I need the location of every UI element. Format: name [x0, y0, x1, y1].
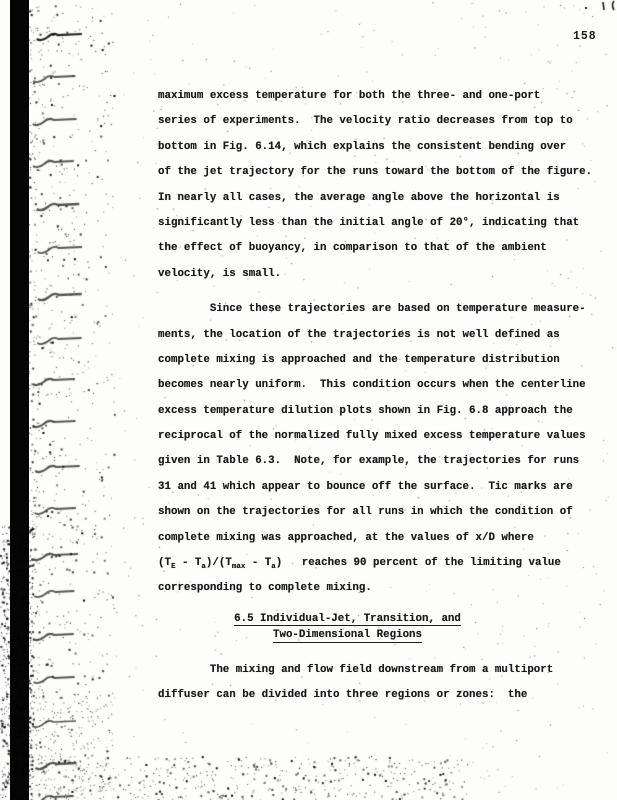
- text-line: of the jet trajectory for the runs towar…: [158, 160, 609, 185]
- text-line: becomes nearly uniform. This condition o…: [158, 373, 609, 398]
- text-line: significantly less than the initial angl…: [158, 211, 609, 236]
- binding-edge-bar: [10, 0, 29, 800]
- text-line: complete mixing is approached and the te…: [158, 348, 609, 373]
- text-line: In nearly all cases, the average angle a…: [158, 186, 609, 211]
- text-line: series of experiments. The velocity rati…: [158, 109, 609, 134]
- text-line: shown on the trajectories for all runs i…: [158, 500, 609, 525]
- section-heading: 6.5 Individual-Jet, Transition, and Two-…: [158, 611, 609, 644]
- paragraph-1: maximum excess temperature for both the …: [158, 84, 609, 287]
- section-heading-text-2: Two-Dimensional Regions: [273, 629, 422, 643]
- text-line: excess temperature dilution plots shown …: [158, 399, 609, 424]
- text-block: maximum excess temperature for both the …: [158, 84, 609, 709]
- page-number: 158: [573, 30, 597, 43]
- section-heading-line-1: 6.5 Individual-Jet, Transition, and: [158, 611, 537, 628]
- text-line: diffuser can be divided into three regio…: [158, 683, 609, 708]
- formula-line: (TE - Ta)/(Tmax - Ta) reaches 90 percent…: [158, 551, 609, 576]
- text-line: given in Table 6.3. Note, for example, t…: [158, 449, 609, 474]
- text-line: maximum excess temperature for both the …: [158, 84, 609, 109]
- text-line: corresponding to complete mixing.: [158, 576, 609, 601]
- paragraph-3: The mixing and flow field downstream fro…: [158, 658, 609, 709]
- text-line: The mixing and flow field downstream fro…: [158, 658, 609, 683]
- text-line: velocity, is small.: [158, 262, 609, 287]
- scanned-page: 158 maximum excess temperature for both …: [0, 0, 617, 800]
- text-line: reciprocal of the normalized fully mixed…: [158, 424, 609, 449]
- text-line: ments, the location of the trajectories …: [158, 323, 609, 348]
- text-line: bottom in Fig. 6.14, which explains the …: [158, 135, 609, 160]
- section-heading-text-1: 6.5 Individual-Jet, Transition, and: [234, 613, 461, 627]
- text-line: complete mixing was approached, at the v…: [158, 526, 609, 551]
- paragraph-2: Since these trajectories are based on te…: [158, 297, 609, 602]
- section-heading-line-2: Two-Dimensional Regions: [158, 627, 537, 644]
- text-line: Since these trajectories are based on te…: [158, 297, 609, 322]
- text-line: the effect of buoyancy, in comparison to…: [158, 236, 609, 261]
- text-line: 31 and 41 which appear to bounce off the…: [158, 475, 609, 500]
